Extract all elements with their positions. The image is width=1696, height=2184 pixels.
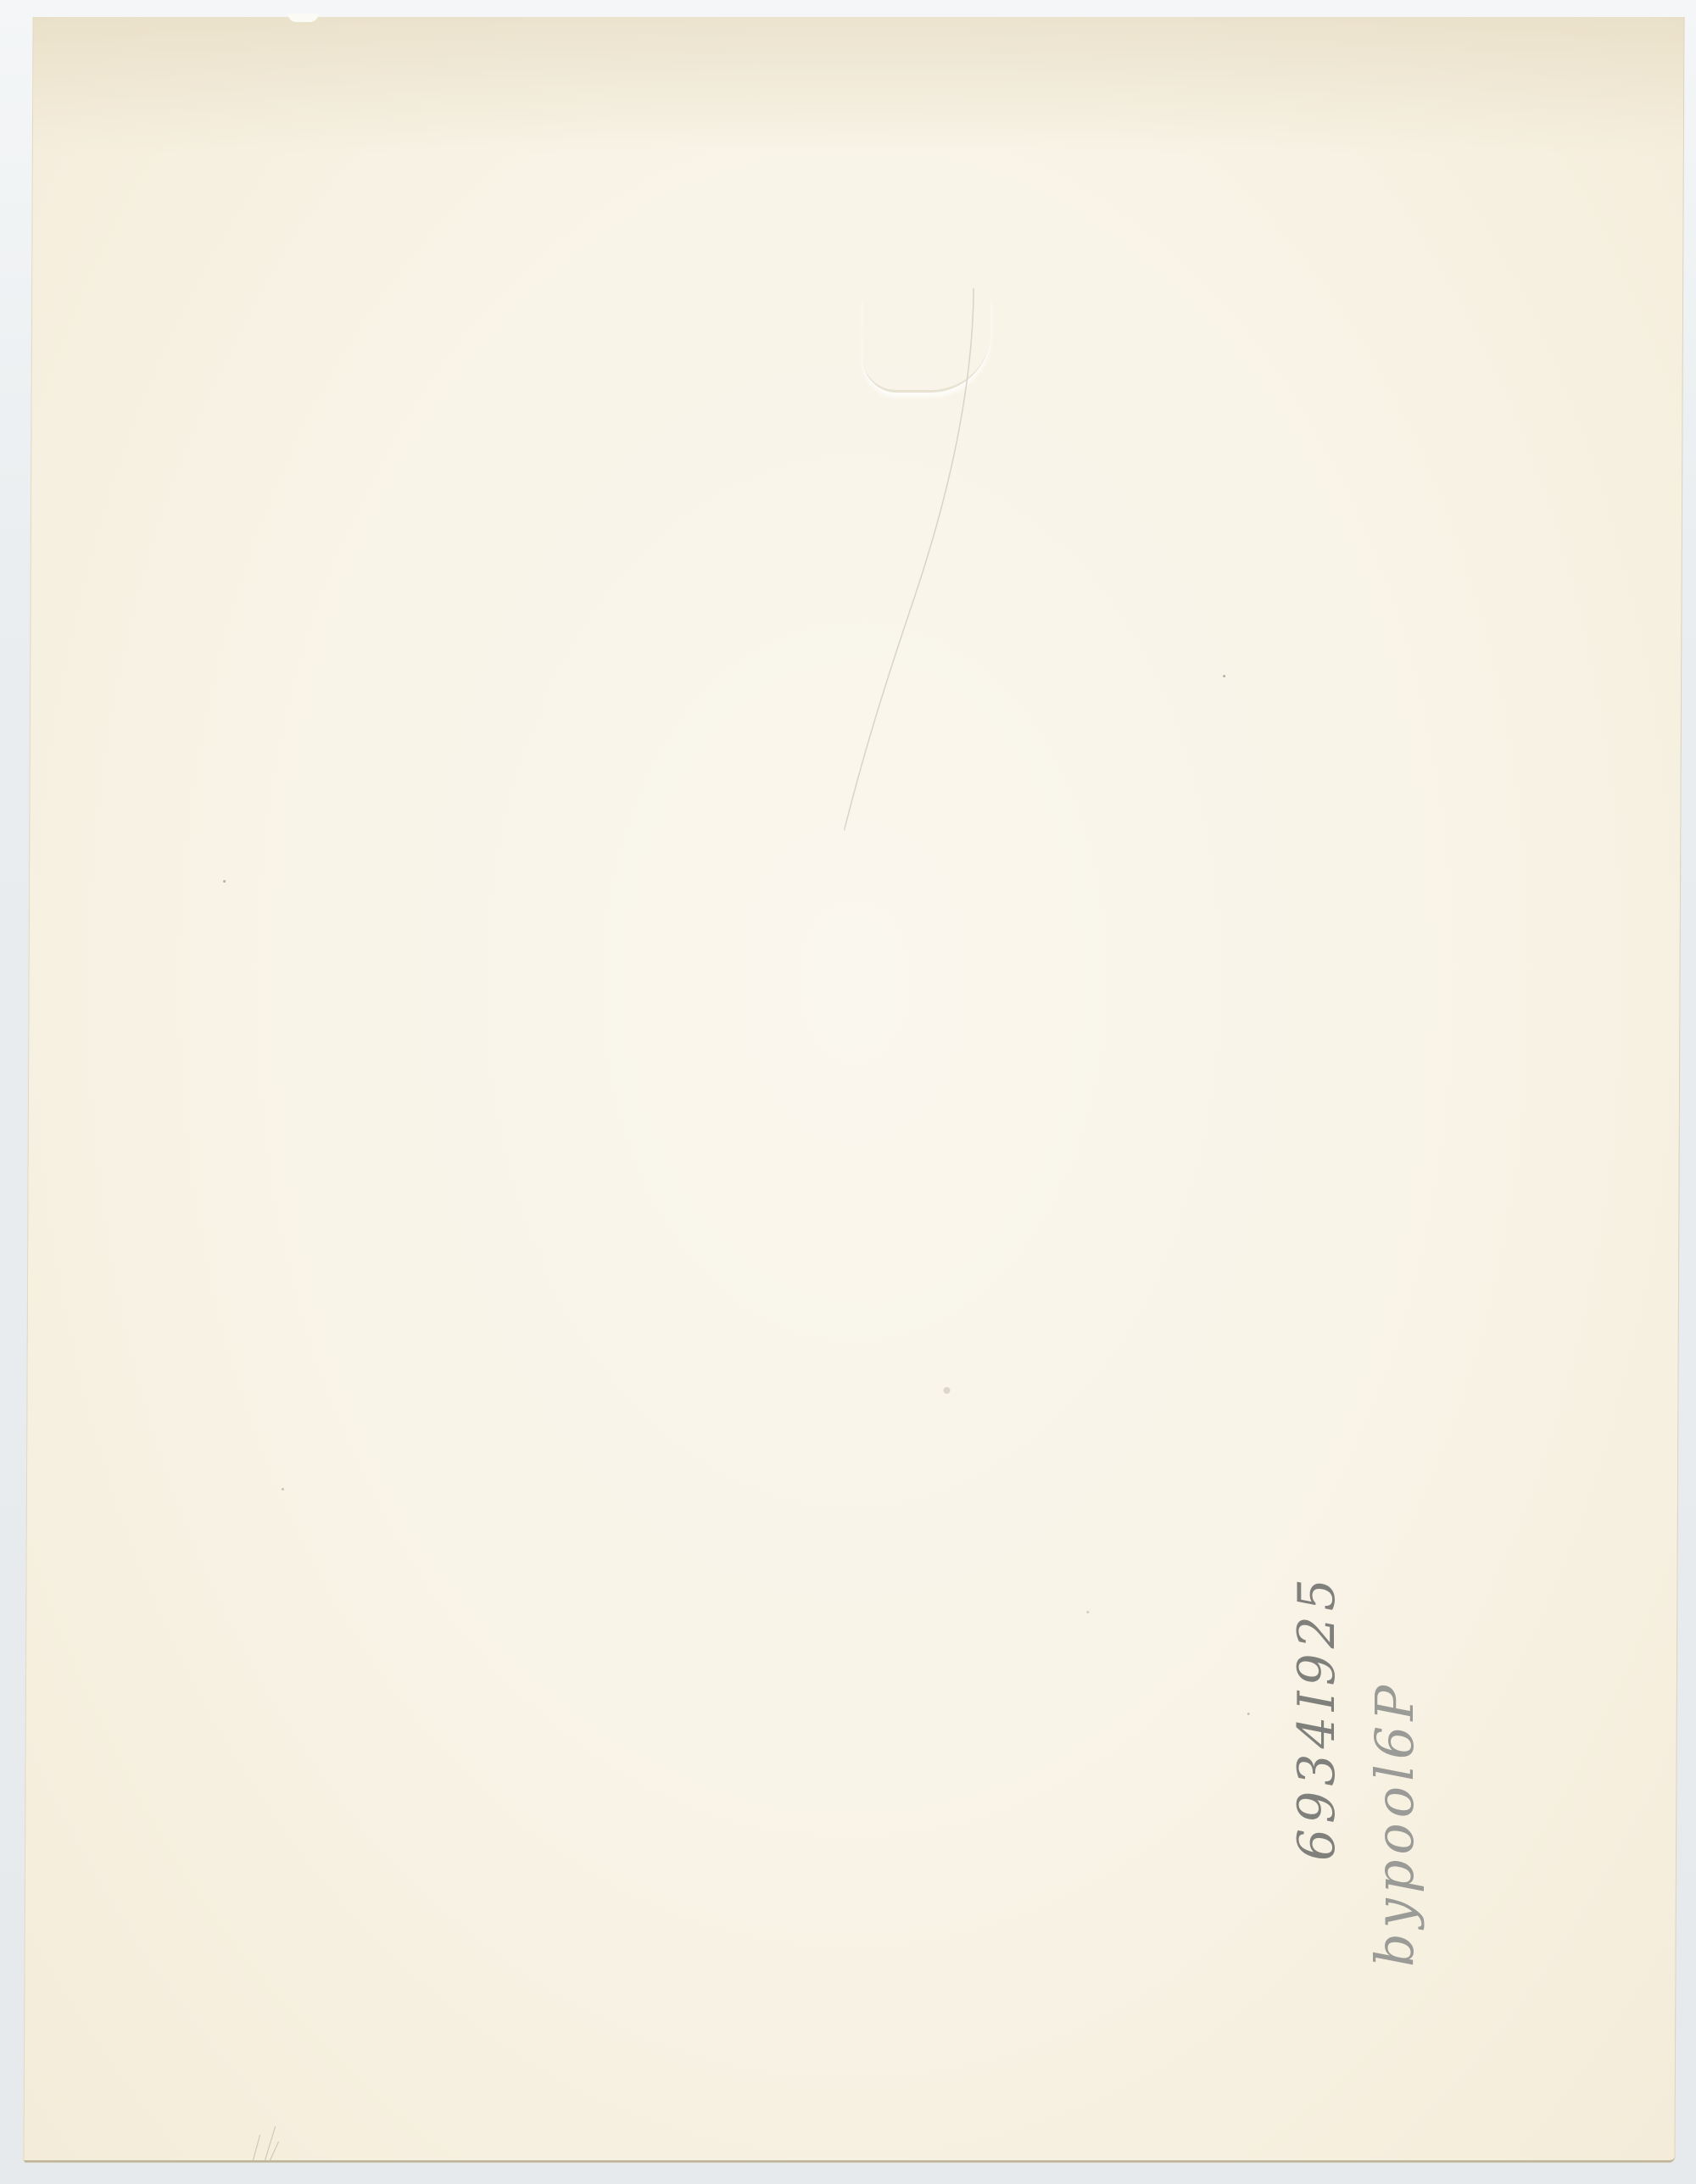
paper-edge-notch <box>287 14 318 22</box>
paper-speck <box>1086 1611 1089 1613</box>
paper-speck <box>223 880 226 883</box>
paper-speck <box>1223 675 1225 677</box>
paper-crease <box>863 297 990 393</box>
paper-aging-tint <box>33 17 1684 153</box>
photo-back-paper <box>24 17 1683 2162</box>
paper-speck <box>943 1387 950 1394</box>
paper-speck <box>1247 1713 1250 1715</box>
handwritten-code: bypool6P <box>1364 1680 1425 1967</box>
pencil-scuff-mark <box>244 2126 295 2160</box>
handwritten-number: 6934I925 <box>1287 1574 1347 1861</box>
paper-speck <box>282 1488 284 1490</box>
